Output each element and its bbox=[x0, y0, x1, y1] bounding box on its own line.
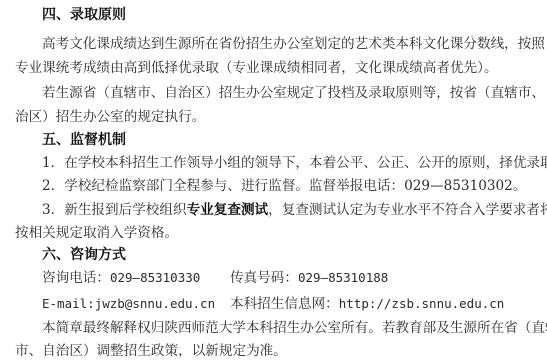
paragraph-line: 高考文化课成绩达到生源所在省份招生办公室划定的艺术类本科文化课分数线，按照 bbox=[42, 35, 545, 53]
fax-label: 传真号码： bbox=[230, 270, 298, 286]
contact-fax: 传真号码：029—85310188 bbox=[230, 269, 388, 287]
paragraph-line: 专业课统考成绩由高到低择优录取（专业课成绩相同者，文化课成绩高者优先）。 bbox=[15, 59, 498, 77]
closing-line: 市、自治区）调整招生政策，以新规定为准。 bbox=[15, 342, 287, 360]
contact-website: 本科招生信息网：http://zsb.snnu.edu.cn bbox=[230, 295, 504, 313]
list-item: 2．学校纪检监察部门全程参与、进行监督。监督举报电话：029—85310302。 bbox=[42, 177, 526, 195]
section-heading-admission-principles: 四、录取原则 bbox=[42, 6, 126, 24]
email-label: E-mail: bbox=[42, 296, 95, 311]
list-item-continuation: 按相关规定取消入学资格。 bbox=[15, 224, 178, 242]
paragraph-line: 治区）招生办公室的规定执行。 bbox=[15, 108, 205, 126]
item-text: ，复查测试认定为专业水平不符合入学要求者将 bbox=[268, 202, 547, 218]
website-link[interactable]: http://zsb.snnu.edu.cn bbox=[339, 296, 505, 311]
phone-value: 029—85310330 bbox=[110, 270, 200, 285]
section-heading-supervision: 五、监督机制 bbox=[42, 131, 126, 149]
contact-email: E-mail:jwzb@snnu.edu.cn bbox=[42, 295, 215, 313]
contact-phone: 咨询电话：029—85310330 bbox=[42, 269, 200, 287]
paragraph-line: 若生源省（直辖市、自治区）招生办公室规定了投档及录取原则等，按省（直辖市、自 bbox=[42, 84, 547, 102]
closing-line: 本简章最终解释权归陕西师范大学本科招生办公室所有。若教育部及生源所在省（直辖 bbox=[42, 319, 547, 337]
website-label: 本科招生信息网： bbox=[230, 296, 339, 312]
email-link[interactable]: jwzb@snnu.edu.cn bbox=[95, 296, 215, 311]
fax-value: 029—85310188 bbox=[298, 270, 388, 285]
emphasis-text: 专业复查测试 bbox=[187, 202, 269, 218]
list-item: 1．在学校本科招生工作领导小组的领导下，本着公平、公正、公开的原则，择优录取。 bbox=[42, 154, 547, 172]
phone-label: 咨询电话： bbox=[42, 270, 110, 286]
item-text: 3．新生报到后学校组织 bbox=[42, 202, 187, 218]
list-item: 3．新生报到后学校组织专业复查测试，复查测试认定为专业水平不符合入学要求者将 bbox=[42, 201, 547, 219]
section-heading-contact: 六、咨询方式 bbox=[42, 246, 126, 264]
